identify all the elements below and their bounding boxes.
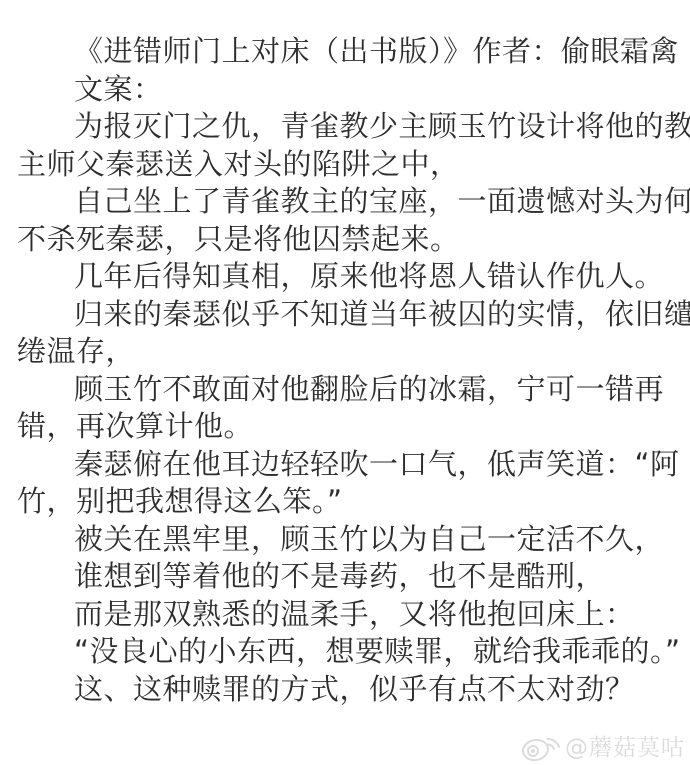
text-line: 绻温存， — [17, 333, 678, 371]
novel-synopsis-text: 《进错师门上对床（出书版）》作者：偷眼霜禽文案：为报灭门之仇，青雀教少主顾玉竹设… — [17, 33, 678, 708]
text-line: 而是那双熟悉的温柔手，又将他抱回床上： — [17, 596, 678, 634]
text-line: 几年后得知真相，原来他将恩人错认作仇人。 — [17, 258, 678, 296]
text-line: 错，再次算计他。 — [17, 408, 678, 446]
text-line: 竹，别把我想得这么笨。” — [17, 483, 678, 521]
text-line: 《进错师门上对床（出书版）》作者：偷眼霜禽 — [17, 33, 678, 71]
weibo-logo-icon — [521, 730, 561, 762]
text-line: 主师父秦瑟送入对头的陷阱之中， — [17, 146, 678, 184]
text-line: 文案： — [17, 71, 678, 109]
text-line: 被关在黑牢里，顾玉竹以为自己一定活不久， — [17, 521, 678, 559]
text-line: 不杀死秦瑟，只是将他囚禁起来。 — [17, 221, 678, 259]
weibo-watermark: @蘑菇莫咕 — [521, 729, 685, 762]
text-line: 顾玉竹不敢面对他翻脸后的冰霜，宁可一错再 — [17, 371, 678, 409]
text-line: 为报灭门之仇，青雀教少主顾玉竹设计将他的教 — [17, 108, 678, 146]
text-line: 自己坐上了青雀教主的宝座，一面遗憾对头为何 — [17, 183, 678, 221]
text-line: 秦瑟俯在他耳边轻轻吹一口气，低声笑道：“阿 — [17, 446, 678, 484]
watermark-handle: @蘑菇莫咕 — [565, 729, 685, 762]
text-line: 归来的秦瑟似乎不知道当年被囚的实情，依旧缱 — [17, 296, 678, 334]
text-line: 谁想到等着他的不是毒药，也不是酷刑， — [17, 558, 678, 596]
text-line: “没良心的小东西，想要赎罪，就给我乖乖的。” — [17, 633, 678, 671]
text-line: 这、这种赎罪的方式，似乎有点不太对劲？ — [17, 671, 678, 709]
